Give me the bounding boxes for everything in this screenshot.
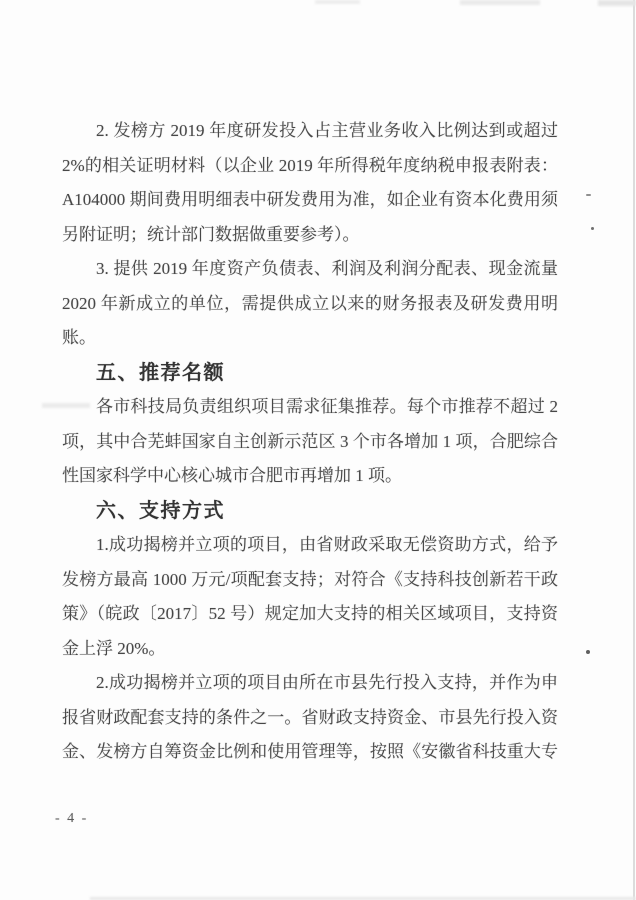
scanned-document-page: 2. 发榜方 2019 年度研发投入占主营业务收入比例达到或超过 2%的相关证明… — [0, 0, 636, 900]
scan-smudge — [598, 0, 636, 6]
para-2-line-1: 2. 发榜方 2019 年度研发投入占主营业务收入比例达到或超过 — [62, 114, 558, 149]
document-body: 2. 发榜方 2019 年度研发投入占主营业务收入比例达到或超过 2%的相关证明… — [62, 114, 558, 770]
page-number: - 4 - — [55, 811, 88, 827]
section-6-para-1-line-1: 1.成功揭榜并立项的项目，由省财政采取无偿资助方式，给予 — [62, 528, 558, 563]
para-3-line-3: 账。 — [62, 321, 558, 356]
section-5-para-line-1: 各市科技局负责组织项目需求征集推荐。每个市推荐不超过 2 — [62, 390, 558, 425]
scan-edge-line — [633, 0, 635, 900]
scan-smudge — [460, 0, 540, 5]
para-3-line-2: 2020 年新成立的单位，需提供成立以来的财务报表及研发费用明细 — [62, 287, 558, 322]
scan-smudge — [42, 403, 90, 408]
para-2-line-4: 另附证明；统计部门数据做重要参考）。 — [62, 218, 558, 253]
para-2-line-2: 2%的相关证明材料（以企业 2019 年所得税年度纳税申报表附表： — [62, 149, 558, 184]
scan-speck — [586, 194, 591, 196]
section-6-para-2-line-2: 报省财政配套支持的条件之一。省财政支持资金、市县先行投入资 — [62, 701, 558, 736]
section-6-para-2-line-1: 2.成功揭榜并立项的项目由所在市县先行投入支持，并作为申 — [62, 666, 558, 701]
section-5-heading: 五、推荐名额 — [62, 356, 558, 391]
section-6-para-1-line-2: 发榜方最高 1000 万元/项配套支持；对符合《支持科技创新若干政 — [62, 563, 558, 598]
section-6-para-2-line-3: 金、发榜方自筹资金比例和使用管理等，按照《安徽省科技重大专 — [62, 735, 558, 770]
section-5-para-line-3: 性国家科学中心核心城市合肥市再增加 1 项。 — [62, 459, 558, 494]
scan-speck — [591, 227, 594, 230]
section-6-para-1-line-3: 策》（皖政〔2017〕52 号）规定加大支持的相关区域项目，支持资 — [62, 597, 558, 632]
section-5-para-line-2: 项，其中合芜蚌国家自主创新示范区 3 个市各增加 1 项，合肥综合 — [62, 425, 558, 460]
scan-speck — [586, 650, 590, 654]
para-3-line-1: 3. 提供 2019 年度资产负债表、利润及利润分配表、现金流量表。 — [62, 252, 558, 287]
para-2-line-3: A104000 期间费用明细表中研发费用为准，如企业有资本化费用须 — [62, 183, 558, 218]
section-6-para-1-line-4: 金上浮 20%。 — [62, 632, 558, 667]
scan-smudge — [315, 0, 360, 4]
section-6-heading: 六、支持方式 — [62, 494, 558, 529]
